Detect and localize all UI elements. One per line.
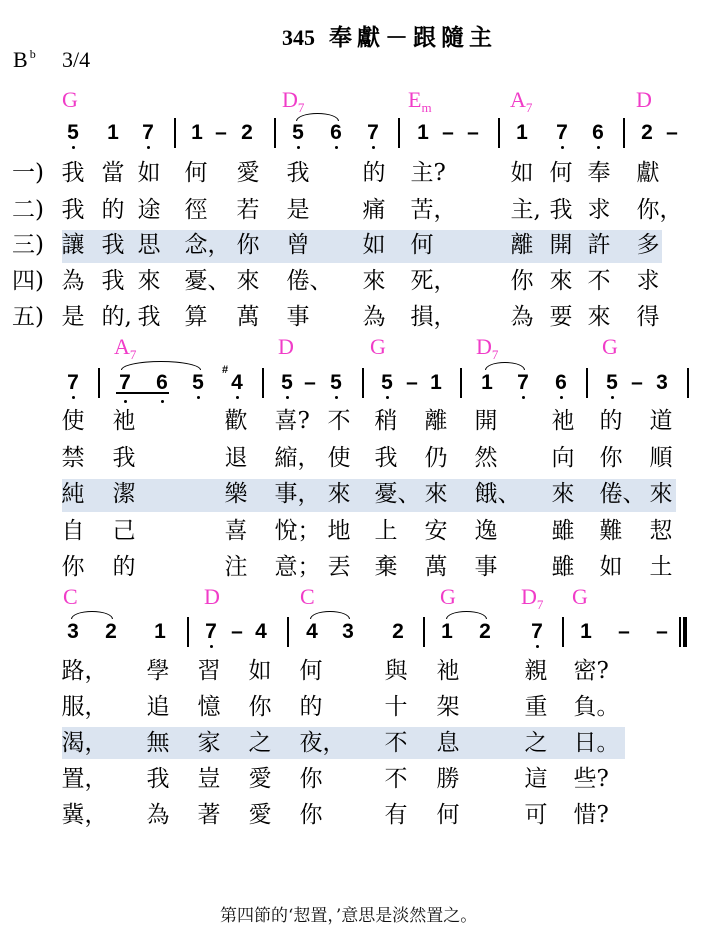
melody-row: 3 2 1 7 – 4 4 3 2 1 2 7 1 – –: [0, 621, 712, 643]
slur: [71, 611, 113, 619]
lyric-syllable: 親: [525, 658, 548, 684]
lyric-syllable: 追: [147, 694, 170, 720]
note: 4: [253, 621, 269, 643]
hold-dash: –: [616, 621, 632, 643]
chord-root: D: [521, 584, 537, 609]
lyric-syllable: 不: [385, 730, 408, 756]
lyric-syllable: 愛: [249, 766, 272, 792]
lyric-line-verse-3: 渴， 無 家 之 夜， 不 息 之 日。: [0, 730, 712, 756]
lyric-syllable: 習: [198, 658, 221, 684]
lyric-syllable: 何: [300, 658, 323, 684]
chord-symbol: D7: [521, 585, 543, 612]
lyric-syllable: 家: [198, 730, 221, 756]
lyric-syllable: 渴，: [62, 730, 108, 756]
lyric-syllable: 置，: [62, 766, 108, 792]
note: 1: [439, 621, 455, 643]
lyric-syllable: 可: [525, 802, 548, 828]
lyric-line-verse-1: 路， 學 習 如 何 與 祂 親 密?: [0, 658, 712, 684]
note: 2: [477, 621, 493, 643]
lyric-syllable: 學: [147, 658, 170, 684]
lyric-syllable: 為: [147, 802, 170, 828]
bar-line: [187, 617, 189, 647]
bar-line: [287, 617, 289, 647]
lyric-syllable: 你: [300, 766, 323, 792]
lyric-syllable: 何: [437, 802, 460, 828]
footnote: 第四節的‘恝置，’意思是淡然置之。: [220, 905, 477, 927]
lyric-syllable: 與: [385, 658, 408, 684]
lyric-syllable: 我: [147, 766, 170, 792]
chord-root: G: [440, 584, 456, 609]
chord-row: C D C G D7 G: [0, 585, 712, 609]
lyric-syllable: 你: [249, 694, 272, 720]
hymn-sheet: 345奉獻－跟隨主 Bb 3/4 G D7 Em A7 D 5 1 7 1 – …: [0, 0, 712, 944]
lyric-syllable: 架: [437, 694, 460, 720]
chord-symbol: C: [300, 585, 315, 612]
lyric-syllable: 服，: [62, 694, 108, 720]
lyric-syllable: 夜，: [300, 730, 346, 756]
system-3: C D C G D7 G 3 2 1 7 – 4 4 3 2 1 2 7: [0, 0, 712, 944]
lyric-syllable: 憶: [198, 694, 221, 720]
final-double-bar-thick: [683, 617, 687, 647]
slur: [446, 611, 487, 619]
chord-symbol: G: [572, 585, 588, 612]
note: 3: [340, 621, 356, 643]
lyric-syllable: 你: [300, 802, 323, 828]
lyric-syllable: 負。: [574, 694, 620, 720]
lyric-syllable: 著: [198, 802, 221, 828]
lyric-line-verse-2: 服， 追 憶 你 的 十 架 重 負。: [0, 694, 712, 720]
chord-symbol: C: [63, 585, 78, 612]
lyric-syllable: 之: [249, 730, 272, 756]
lyric-syllable: 祂: [437, 658, 460, 684]
bar-line: [423, 617, 425, 647]
lyric-line-verse-4: 置， 我 豈 愛 你 不 勝 這 些?: [0, 766, 712, 792]
slur: [310, 611, 350, 619]
hold-dash: –: [229, 621, 245, 643]
chord-root: C: [63, 584, 78, 609]
note: 4: [304, 621, 320, 643]
note: 3: [65, 621, 81, 643]
lyric-syllable: 日。: [574, 730, 620, 756]
chord-symbol: G: [440, 585, 456, 612]
lyric-syllable: 無: [147, 730, 170, 756]
lyric-line-verse-5: 冀， 為 著 愛 你 有 何 可 惜?: [0, 802, 712, 828]
note: 7: [203, 621, 219, 643]
chord-root: C: [300, 584, 315, 609]
lyric-syllable: 密?: [574, 658, 609, 684]
lyric-syllable: 冀，: [62, 802, 108, 828]
lyric-syllable: 勝: [437, 766, 460, 792]
chord-root: D: [204, 584, 220, 609]
lyric-syllable: 不: [385, 766, 408, 792]
chord-quality: 7: [537, 597, 544, 612]
note: 1: [578, 621, 594, 643]
lyric-syllable: 重: [525, 694, 548, 720]
lyric-syllable: 些?: [574, 766, 609, 792]
note: 1: [152, 621, 168, 643]
lyric-syllable: 的: [300, 694, 323, 720]
lyric-syllable: 豈: [198, 766, 221, 792]
lyric-syllable: 有: [385, 802, 408, 828]
lyric-syllable: 如: [249, 658, 272, 684]
chord-root: G: [572, 584, 588, 609]
chord-symbol: D: [204, 585, 220, 612]
note: 2: [390, 621, 406, 643]
lyric-syllable: 這: [525, 766, 548, 792]
lyric-syllable: 惜?: [574, 802, 609, 828]
note: 7: [529, 621, 545, 643]
lyric-syllable: 息: [437, 730, 460, 756]
bar-line: [562, 617, 564, 647]
note: 2: [103, 621, 119, 643]
final-double-bar-thin: [679, 617, 681, 647]
lyric-syllable: 愛: [249, 802, 272, 828]
lyric-syllable: 路，: [62, 658, 108, 684]
hold-dash: –: [654, 621, 670, 643]
lyric-syllable: 之: [525, 730, 548, 756]
lyric-syllable: 十: [385, 694, 408, 720]
